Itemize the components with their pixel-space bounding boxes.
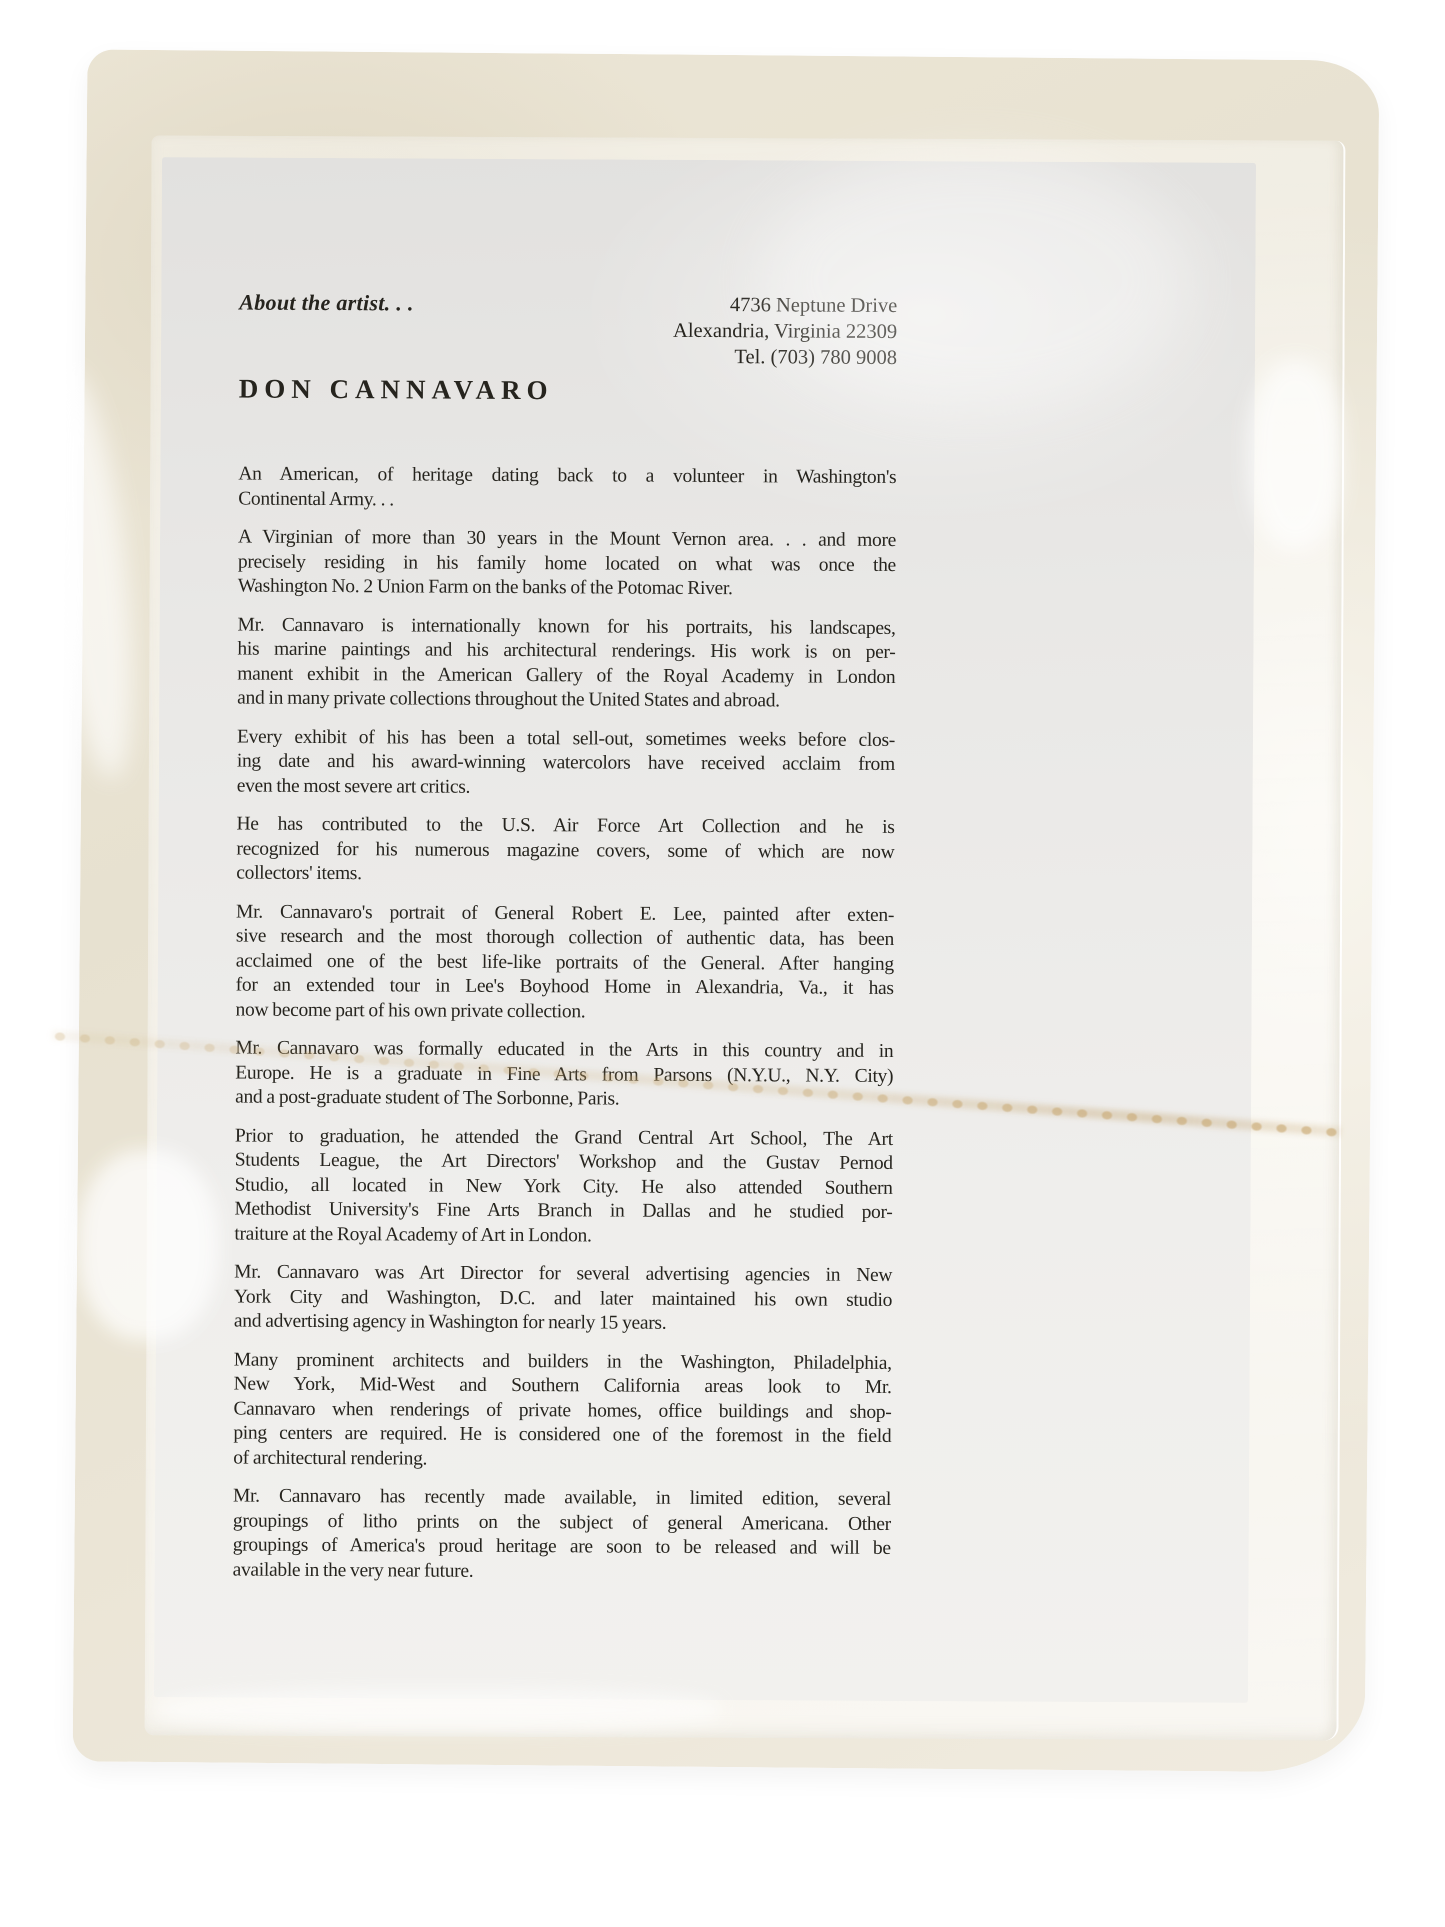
paragraph-line: his marine paintings and his architectur…	[237, 638, 895, 666]
paragraph-line: An American, of heritage dating back to …	[238, 463, 896, 491]
paragraph-line: Students League, the Art Directors' Work…	[235, 1149, 893, 1177]
paragraph-line: He has contributed to the U.S. Air Force…	[236, 813, 894, 841]
paragraph-line: Every exhibit of his has been a total se…	[237, 725, 895, 753]
paragraph-line: collectors' items.	[236, 862, 894, 890]
paragraph-line: groupings of litho prints on the subject…	[233, 1509, 891, 1537]
paragraph: He has contributed to the U.S. Air Force…	[236, 813, 894, 890]
paragraph-line: of architectural rendering.	[233, 1446, 891, 1474]
paragraph-line: Many prominent architects and builders i…	[234, 1348, 892, 1376]
paragraph-line: Mr. Cannavaro's portrait of General Robe…	[236, 900, 894, 928]
paragraph-line: and a post-graduate student of The Sorbo…	[235, 1086, 893, 1114]
paragraph-line: York City and Washington, D.C. and later…	[234, 1285, 892, 1313]
paragraph-line: and in many private collections througho…	[237, 687, 895, 715]
paragraph-line: manent exhibit in the American Gallery o…	[237, 662, 895, 690]
paragraph: Mr. Cannavaro was formally educated in t…	[235, 1037, 893, 1114]
paragraph-line: and advertising agency in Washington for…	[234, 1310, 892, 1338]
paragraph-line: Prior to graduation, he attended the Gra…	[235, 1124, 893, 1152]
paragraph-line: sive research and the most thorough coll…	[236, 925, 894, 953]
paragraph-line: Methodist University's Fine Arts Branch …	[234, 1198, 892, 1226]
artist-name-heading: DON CANNAVARO	[239, 374, 1255, 410]
paragraph: Every exhibit of his has been a total se…	[237, 725, 895, 802]
paragraph-line: New York, Mid-West and Southern Californ…	[234, 1373, 892, 1401]
paragraph-line: available in the very near future.	[233, 1558, 891, 1586]
address-block: 4736 Neptune Drive Alexandria, Virginia …	[673, 292, 897, 371]
photo-background: About the artist. . . 4736 Neptune Drive…	[0, 0, 1445, 1927]
paragraph: Mr. Cannavaro's portrait of General Robe…	[236, 900, 895, 1026]
paragraph: Many prominent architects and builders i…	[233, 1348, 892, 1474]
paragraph: Mr. Cannavaro has recently made availabl…	[233, 1485, 892, 1586]
paragraph: Mr. Cannavaro is internationally known f…	[237, 613, 896, 714]
paragraph: A Virginian of more than 30 years in the…	[238, 526, 896, 603]
document-page: About the artist. . . 4736 Neptune Drive…	[154, 157, 1256, 1703]
paragraph-line: Mr. Cannavaro has recently made availabl…	[233, 1485, 891, 1513]
about-the-artist-tagline: About the artist. . .	[239, 290, 414, 317]
paragraph-line: Mr. Cannavaro is internationally known f…	[238, 613, 896, 641]
paragraph: An American, of heritage dating back to …	[238, 463, 896, 515]
paragraph-line: Washington No. 2 Union Farm on the banks…	[238, 575, 896, 603]
paragraph: Mr. Cannavaro was Art Director for sever…	[234, 1261, 892, 1338]
address-line: Tel. (703) 780 9008	[673, 344, 897, 371]
paragraph-line: for an extended tour in Lee's Boyhood Ho…	[236, 974, 894, 1002]
paragraph-line: Mr. Cannavaro was formally educated in t…	[235, 1037, 893, 1065]
paragraph-line: Europe. He is a graduate in Fine Arts fr…	[235, 1061, 893, 1089]
address-line: 4736 Neptune Drive	[673, 292, 897, 319]
paragraph-line: ing date and his award-winning watercolo…	[237, 750, 895, 778]
paragraph-line: traiture at the Royal Academy of Art in …	[234, 1222, 892, 1250]
paragraph-line: now become part of his own private colle…	[236, 998, 894, 1026]
paragraph-line: recognized for his numerous magazine cov…	[236, 837, 894, 865]
paragraph-line: acclaimed one of the best life-like port…	[236, 949, 894, 977]
address-line: Alexandria, Virginia 22309	[673, 318, 897, 345]
paragraph-line: groupings of America's proud heritage ar…	[233, 1534, 891, 1562]
paragraph-line: precisely residing in his family home lo…	[238, 550, 896, 578]
paragraph-line: Cannavaro when renderings of private hom…	[233, 1397, 891, 1425]
paragraphs: An American, of heritage dating back to …	[233, 463, 897, 1586]
paragraph-line: Mr. Cannavaro was Art Director for sever…	[234, 1261, 892, 1289]
page-header: About the artist. . . 4736 Neptune Drive…	[161, 289, 897, 371]
paragraph-line: Studio, all located in New York City. He…	[235, 1173, 893, 1201]
paragraph-line: even the most severe art critics.	[237, 774, 895, 802]
paragraph-line: A Virginian of more than 30 years in the…	[238, 526, 896, 554]
paragraph-line: Continental Army. . .	[238, 487, 896, 515]
paragraph: Prior to graduation, he attended the Gra…	[234, 1124, 893, 1250]
paragraph-line: ping centers are required. He is conside…	[233, 1422, 891, 1450]
